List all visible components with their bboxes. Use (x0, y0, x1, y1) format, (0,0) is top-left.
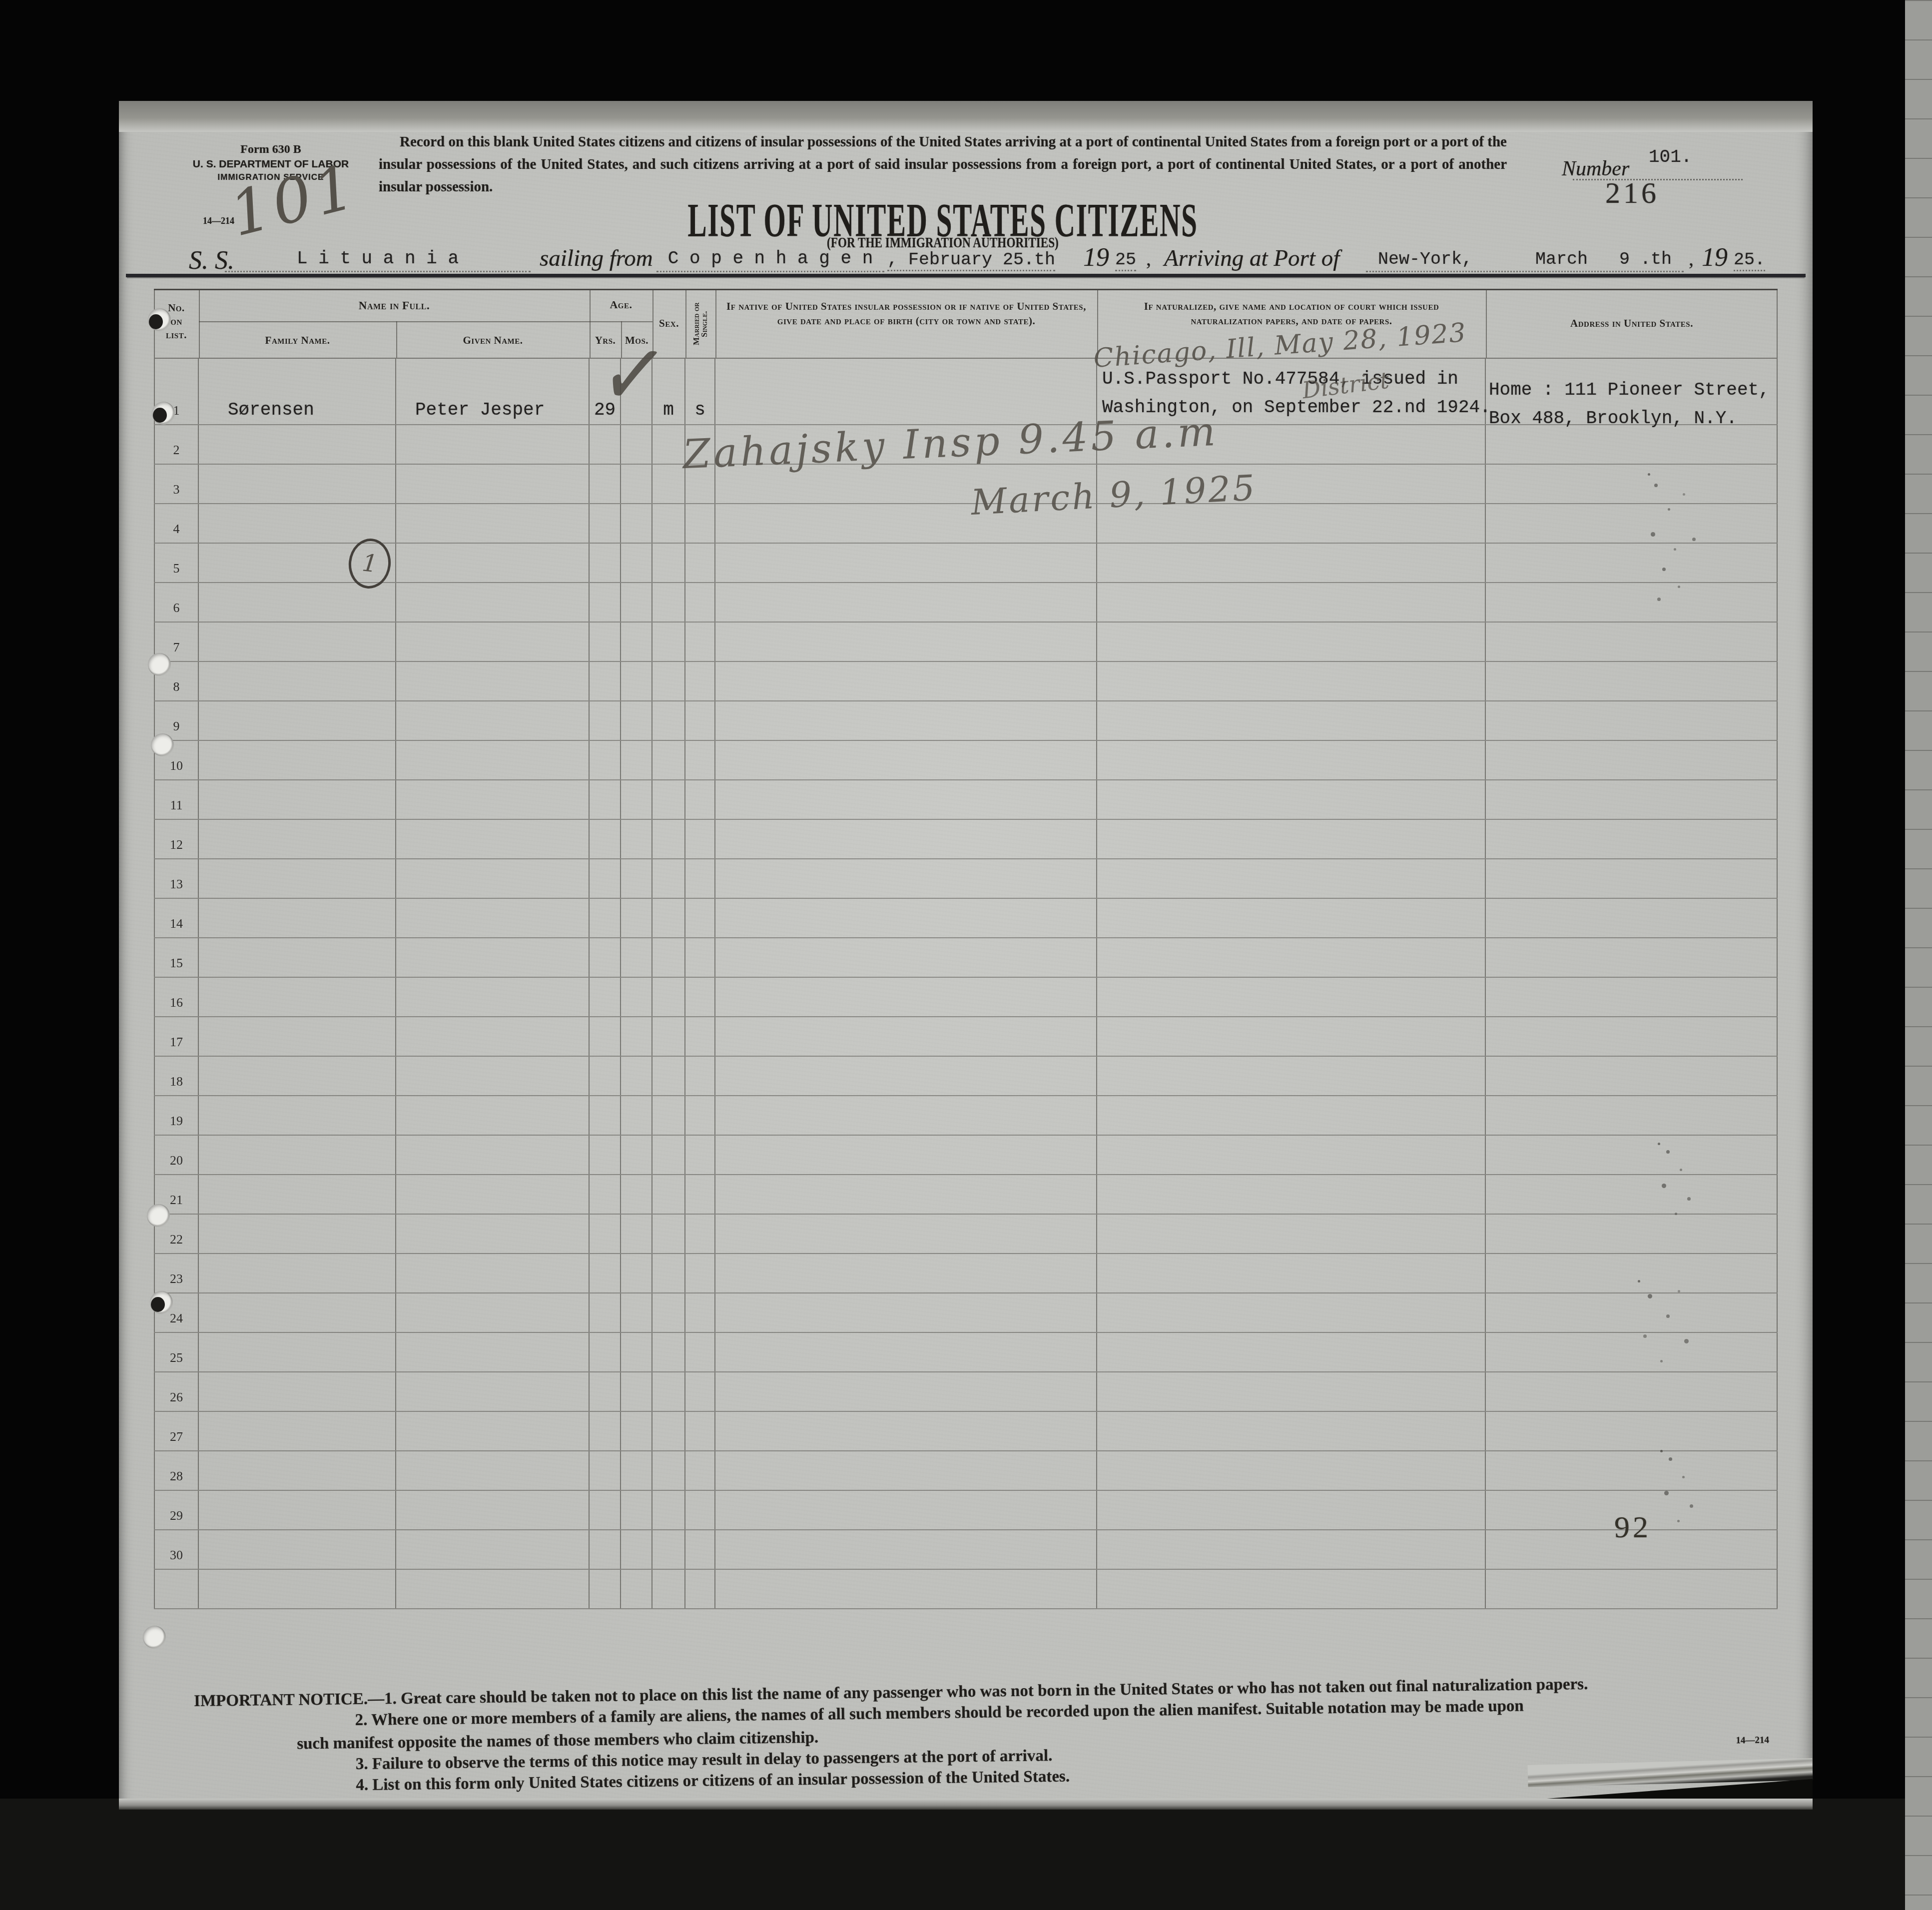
table-cell (652, 780, 685, 819)
table-cell (1097, 899, 1486, 937)
row-number-cell: 6 (154, 583, 199, 622)
table-cell (1486, 1333, 1778, 1371)
table-cell (590, 978, 621, 1016)
table-cell (1097, 820, 1486, 858)
row-number-cell: 15 (154, 938, 199, 977)
table-cell (590, 1570, 621, 1608)
stamp-216: 216 (1605, 176, 1659, 210)
important-notice: IMPORTANT NOTICE.—1. Great care should b… (194, 1672, 1865, 1692)
table-cell (199, 1372, 396, 1411)
table-cell (652, 1570, 685, 1608)
stain-speckles (1648, 473, 1650, 476)
table-cell (621, 899, 652, 937)
table-cell (1097, 1293, 1486, 1332)
table-cell (621, 1215, 652, 1253)
table-cell (685, 1530, 715, 1569)
table-cell (590, 1451, 621, 1490)
table-cell (199, 465, 396, 503)
table-cell (590, 1017, 621, 1056)
table-cell (590, 425, 621, 464)
table-cell (199, 1412, 396, 1450)
table-row: 14 (154, 899, 1778, 938)
header-family-name: Family Name. (199, 333, 396, 348)
notice-label: IMPORTANT NOTICE.— (194, 1690, 384, 1710)
table-cell (1486, 1175, 1778, 1214)
table-cell (1097, 701, 1486, 740)
table-cell (396, 1215, 590, 1253)
table-cell (685, 820, 715, 858)
table-cell (590, 662, 621, 700)
header-married-or-single: Married or Single. (685, 290, 715, 358)
table-row: 5 (154, 544, 1778, 583)
table-cell (652, 1175, 685, 1214)
adjacent-sheet-edge (1905, 0, 1932, 1910)
table-cell (715, 1530, 1097, 1569)
table-cell (685, 938, 715, 977)
table-cell (199, 1491, 396, 1529)
table-cell (199, 623, 396, 661)
hole-punch (151, 733, 174, 756)
table-cell (715, 359, 1097, 424)
table-cell (652, 1412, 685, 1450)
table-cell (652, 1096, 685, 1135)
table-cell (621, 1136, 652, 1174)
hole-punch (147, 1204, 170, 1227)
table-cell (652, 1254, 685, 1292)
table-cell (1486, 780, 1778, 819)
table-cell (1486, 1096, 1778, 1135)
table-cell (396, 1372, 590, 1411)
table-cell (199, 741, 396, 779)
table-cell (396, 1254, 590, 1292)
table-cell (199, 780, 396, 819)
arrival-year: 25. (1734, 250, 1765, 271)
table-cell (1097, 1491, 1486, 1529)
table-cell (1097, 938, 1486, 977)
row-number-cell: 5 (154, 544, 199, 582)
table-cell (1486, 978, 1778, 1016)
table-cell (685, 1096, 715, 1135)
table-cell (685, 623, 715, 661)
departure-port: C o p e n h a g e n (668, 248, 873, 269)
comma-2: , (1689, 247, 1694, 270)
table-cell (396, 583, 590, 622)
table-cell (590, 1175, 621, 1214)
table-row: 16 (154, 978, 1778, 1017)
table-cell (1486, 662, 1778, 700)
table-cell (199, 899, 396, 937)
table-cell (685, 1017, 715, 1056)
table-row: 26 (154, 1372, 1778, 1412)
table-cell (396, 1530, 590, 1569)
table-cell (621, 1057, 652, 1095)
table-cell (685, 780, 715, 819)
table-cell (396, 1451, 590, 1490)
header-address: Address in United States. (1493, 316, 1770, 331)
row-number-cell: 27 (154, 1412, 199, 1450)
table-cell (621, 1491, 652, 1529)
table-cell (396, 1096, 590, 1135)
table-cell (396, 859, 590, 898)
table-cell (621, 1570, 652, 1608)
table-cell (199, 1175, 396, 1214)
row-number-cell: 2 (154, 425, 199, 464)
table-cell (685, 1215, 715, 1253)
header-name-group: Name in Full. (199, 298, 590, 313)
table-cell (590, 741, 621, 779)
table-row: 24 (154, 1293, 1778, 1333)
table-row: 23 (154, 1254, 1778, 1293)
table-cell (1097, 1057, 1486, 1095)
table-cell (715, 1136, 1097, 1174)
table-cell (199, 1254, 396, 1292)
table-cell (715, 1372, 1097, 1411)
table-row: 29 (154, 1491, 1778, 1530)
table-cell (652, 425, 685, 464)
table-cell (590, 504, 621, 543)
row-number-cell: 25 (154, 1333, 199, 1371)
table-cell (652, 978, 685, 1016)
table-cell (396, 662, 590, 700)
table-cell (1486, 899, 1778, 937)
form-instructions: Record on this blank United States citiz… (379, 131, 1507, 198)
table-cell (590, 859, 621, 898)
table-cell (396, 544, 590, 582)
table-cell (621, 1530, 652, 1569)
table-cell (715, 701, 1097, 740)
table-cell (396, 1412, 590, 1450)
passenger-table: No. on list. Name in Full. Family Name. … (154, 289, 1778, 1609)
arrival-port-date: New-York, March 9 .th (1378, 249, 1672, 269)
table-cell (621, 701, 652, 740)
table-cell (199, 1333, 396, 1371)
table-cell (396, 1570, 590, 1608)
table-cell: Peter Jesper (396, 359, 590, 424)
table-cell (621, 583, 652, 622)
table-cell (590, 701, 621, 740)
table-cell (1097, 1096, 1486, 1135)
table-cell (199, 1530, 396, 1569)
table-cell (1486, 583, 1778, 622)
departure-date: , February 25.th (887, 250, 1055, 271)
table-cell (652, 623, 685, 661)
row-number-cell (154, 1570, 199, 1608)
row-number-cell: 12 (154, 820, 199, 858)
table-cell (1097, 859, 1486, 898)
hole-punch (150, 1291, 173, 1314)
table-cell (396, 1491, 590, 1529)
table-cell (685, 1293, 715, 1332)
table-cell (199, 859, 396, 898)
table-cell (715, 1491, 1097, 1529)
table-cell (621, 1175, 652, 1214)
table-cell (396, 978, 590, 1016)
table-cell (590, 1136, 621, 1174)
table-cell (1486, 859, 1778, 898)
table-cell (685, 899, 715, 937)
table-cell (1097, 662, 1486, 700)
table-cell (715, 1175, 1097, 1214)
row-number-cell: 23 (154, 1254, 199, 1292)
table-cell (715, 1057, 1097, 1095)
table-cell (199, 938, 396, 977)
table-row: 25 (154, 1333, 1778, 1372)
scan-background: Form 630 B U. S. DEPARTMENT OF LABOR IMM… (0, 0, 1932, 1910)
table-cell (621, 820, 652, 858)
table-cell (1097, 1017, 1486, 1056)
table-cell: Sørensen (199, 359, 396, 424)
table-cell (1486, 1017, 1778, 1056)
table-cell (685, 1570, 715, 1608)
table-cell (1486, 1412, 1778, 1450)
table-cell (621, 1254, 652, 1292)
table-cell (1486, 504, 1778, 543)
table-cell (590, 899, 621, 937)
table-cell (715, 899, 1097, 937)
table-cell (199, 820, 396, 858)
table-cell (715, 583, 1097, 622)
table-cell (396, 623, 590, 661)
table-cell (652, 701, 685, 740)
table-cell (590, 938, 621, 977)
table-cell (621, 1451, 652, 1490)
table-cell (590, 1254, 621, 1292)
table-cell (396, 1057, 590, 1095)
table-cell (652, 820, 685, 858)
table-row: 8 (154, 662, 1778, 701)
table-cell (715, 938, 1097, 977)
table-cell (1486, 1057, 1778, 1095)
table-cell (590, 1412, 621, 1450)
table-row: 21 (154, 1175, 1778, 1215)
table-row: 20 (154, 1136, 1778, 1175)
table-cell (396, 701, 590, 740)
table-cell (396, 465, 590, 503)
row-number-cell: 4 (154, 504, 199, 543)
table-cell (621, 1412, 652, 1450)
table-cell (652, 465, 685, 503)
table-cell (1097, 623, 1486, 661)
row-number-cell: 30 (154, 1530, 199, 1569)
table-cell (1097, 544, 1486, 582)
table-cell (621, 1017, 652, 1056)
departure-year: 25 (1115, 250, 1136, 271)
table-cell (715, 978, 1097, 1016)
table-cell (685, 978, 715, 1016)
table-cell (652, 1057, 685, 1095)
table-cell (396, 1017, 590, 1056)
sheet-number-block: Number 101. (1558, 147, 1848, 189)
table-cell (1097, 1530, 1486, 1569)
hole-punch (152, 402, 175, 425)
table-cell (199, 583, 396, 622)
table-cell (652, 504, 685, 543)
table-cell (396, 899, 590, 937)
hole-punch (148, 308, 171, 331)
row-number-cell: 26 (154, 1372, 199, 1411)
table-cell (396, 938, 590, 977)
table-cell (1097, 978, 1486, 1016)
table-cell (621, 1096, 652, 1135)
table-cell (621, 780, 652, 819)
number-value: 101. (1649, 147, 1692, 167)
table-cell (1486, 544, 1778, 582)
table-cell (685, 1491, 715, 1529)
table-cell (685, 1451, 715, 1490)
comma-1: , (1146, 247, 1151, 270)
table-cell (396, 1136, 590, 1174)
table-cell (715, 1215, 1097, 1253)
table-cell (396, 1175, 590, 1214)
table-cell (396, 1333, 590, 1371)
voyage-line: S. S. L i t u a n i a sailing from C o p… (119, 245, 1813, 276)
row-number-cell: 13 (154, 859, 199, 898)
table-row: 3 (154, 465, 1778, 504)
table-cell (1486, 1136, 1778, 1174)
scanner-bed (0, 1799, 1905, 1910)
notice-line-2b: such manifest opposite the names of thos… (297, 1729, 818, 1754)
table-cell (1097, 1570, 1486, 1608)
table-cell (621, 1372, 652, 1411)
table-body: 1SørensenPeter Jesper29ms234567891011121… (154, 359, 1778, 1609)
table-cell (1097, 1175, 1486, 1214)
departure-port-field: C o p e n h a g e n (656, 245, 884, 272)
table-row: 13 (154, 859, 1778, 899)
table-cell (590, 465, 621, 503)
table-cell (621, 504, 652, 543)
table-cell (685, 504, 715, 543)
table-cell (1097, 1215, 1486, 1253)
departure-year-printed: 19 (1083, 243, 1109, 272)
table-row: 19 (154, 1096, 1778, 1136)
table-cell (621, 544, 652, 582)
table-row: 10 (154, 741, 1778, 780)
table-row: 28 (154, 1451, 1778, 1491)
print-code-bottom: 14—214 (1736, 1735, 1769, 1746)
table-cell (652, 741, 685, 779)
arrival-field: New-York, March 9 .th (1366, 245, 1684, 272)
table-row: 18 (154, 1057, 1778, 1096)
row-number-cell: 28 (154, 1451, 199, 1490)
table-cell (685, 1412, 715, 1450)
header-given-name: Given Name. (396, 333, 590, 348)
row-number-cell: 16 (154, 978, 199, 1016)
table-cell (199, 701, 396, 740)
table-cell (652, 1451, 685, 1490)
entry-address: Home : 111 Pioneer Street, Box 488, Broo… (1489, 376, 1804, 433)
table-cell (715, 544, 1097, 582)
table-cell (715, 1412, 1097, 1450)
manifest-page: Form 630 B U. S. DEPARTMENT OF LABOR IMM… (119, 101, 1813, 1810)
table-cell (590, 1057, 621, 1095)
table-cell (199, 1451, 396, 1490)
table-cell (715, 780, 1097, 819)
table-cell (1097, 741, 1486, 779)
table-cell (1486, 701, 1778, 740)
row-number-cell: 3 (154, 465, 199, 503)
table-cell (199, 1293, 396, 1332)
table-cell (1486, 741, 1778, 779)
table-row: 12 (154, 820, 1778, 859)
table-cell (715, 859, 1097, 898)
table-cell (685, 1333, 715, 1371)
table-cell (199, 1570, 396, 1608)
table-cell (590, 583, 621, 622)
table-cell (1486, 1451, 1778, 1490)
table-cell (1097, 583, 1486, 622)
table-cell: s (685, 359, 715, 424)
table-row: 27 (154, 1412, 1778, 1451)
table-cell (396, 820, 590, 858)
table-row: 9 (154, 701, 1778, 741)
table-cell (199, 504, 396, 543)
table-cell (590, 780, 621, 819)
table-cell (396, 504, 590, 543)
table-cell (715, 1333, 1097, 1371)
table-cell (1486, 1254, 1778, 1292)
table-cell (590, 623, 621, 661)
row-number-cell: 29 (154, 1491, 199, 1529)
table-cell (1486, 1293, 1778, 1332)
table-cell (652, 1530, 685, 1569)
header-age-group: Age. (590, 297, 652, 312)
table-cell (685, 741, 715, 779)
table-cell (685, 544, 715, 582)
table-cell (199, 978, 396, 1016)
table-row: 4 (154, 504, 1778, 544)
table-cell (685, 859, 715, 898)
table-cell (590, 1530, 621, 1569)
table-cell (396, 780, 590, 819)
table-cell (621, 1333, 652, 1371)
table-cell (715, 1451, 1097, 1490)
table-row: 7 (154, 623, 1778, 662)
table-cell (199, 1057, 396, 1095)
table-cell (621, 938, 652, 977)
table-cell (621, 978, 652, 1016)
arriving-label: Arriving at Port of (1164, 245, 1339, 272)
table-cell (652, 544, 685, 582)
table-cell (685, 701, 715, 740)
table-cell (652, 1491, 685, 1529)
table-cell (1486, 1372, 1778, 1411)
page-bottom-edge (119, 1799, 1813, 1810)
table-cell (1486, 623, 1778, 661)
table-cell (1486, 1215, 1778, 1253)
table-cell (1486, 1570, 1778, 1608)
table-cell (1097, 1136, 1486, 1174)
table-cell (1097, 1333, 1486, 1371)
table-cell (685, 1372, 715, 1411)
table-cell (1486, 465, 1778, 503)
stain-speckles (1660, 1450, 1663, 1452)
table-cell (621, 465, 652, 503)
row-number-cell: 18 (154, 1057, 199, 1095)
arrival-year-printed: 19 (1702, 243, 1728, 272)
table-cell (715, 820, 1097, 858)
table-cell (685, 1254, 715, 1292)
table-cell (590, 1215, 621, 1253)
header-birth: If native of United States insular posse… (724, 299, 1088, 328)
table-cell (1097, 1372, 1486, 1411)
table-row: 30 (154, 1530, 1778, 1570)
table-row: 6 (154, 583, 1778, 623)
ship-name: L i t u a n i a (297, 248, 459, 269)
table-cell (715, 1293, 1097, 1332)
table-cell (396, 1293, 590, 1332)
table-cell (621, 741, 652, 779)
table-cell (199, 1136, 396, 1174)
